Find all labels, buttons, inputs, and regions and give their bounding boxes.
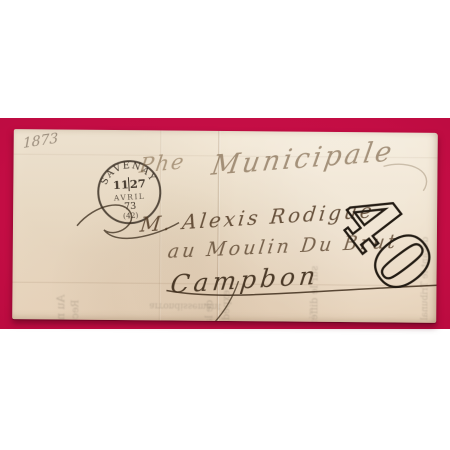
letter-cover: Au nom de M. Receuy, le Greffier de la c…: [12, 129, 438, 323]
postmark-day: 27: [129, 176, 146, 191]
crimson-backdrop: Au nom de M. Receuy, le Greffier de la c…: [0, 118, 450, 329]
showthrough-text: Receuy, le Greffier: [70, 300, 82, 323]
showthrough-text: Au nom de M.: [54, 295, 68, 323]
pencil-year-note: 1873: [23, 131, 58, 152]
tax-40-handstamp: 40: [310, 166, 438, 317]
postmark-time: 11: [112, 177, 129, 192]
tax-40-digits: 40: [320, 175, 438, 309]
product-photo-page: Au nom de M. Receuy, le Greffier de la c…: [0, 0, 450, 450]
address-heading-prefix: Phe: [138, 149, 188, 178]
